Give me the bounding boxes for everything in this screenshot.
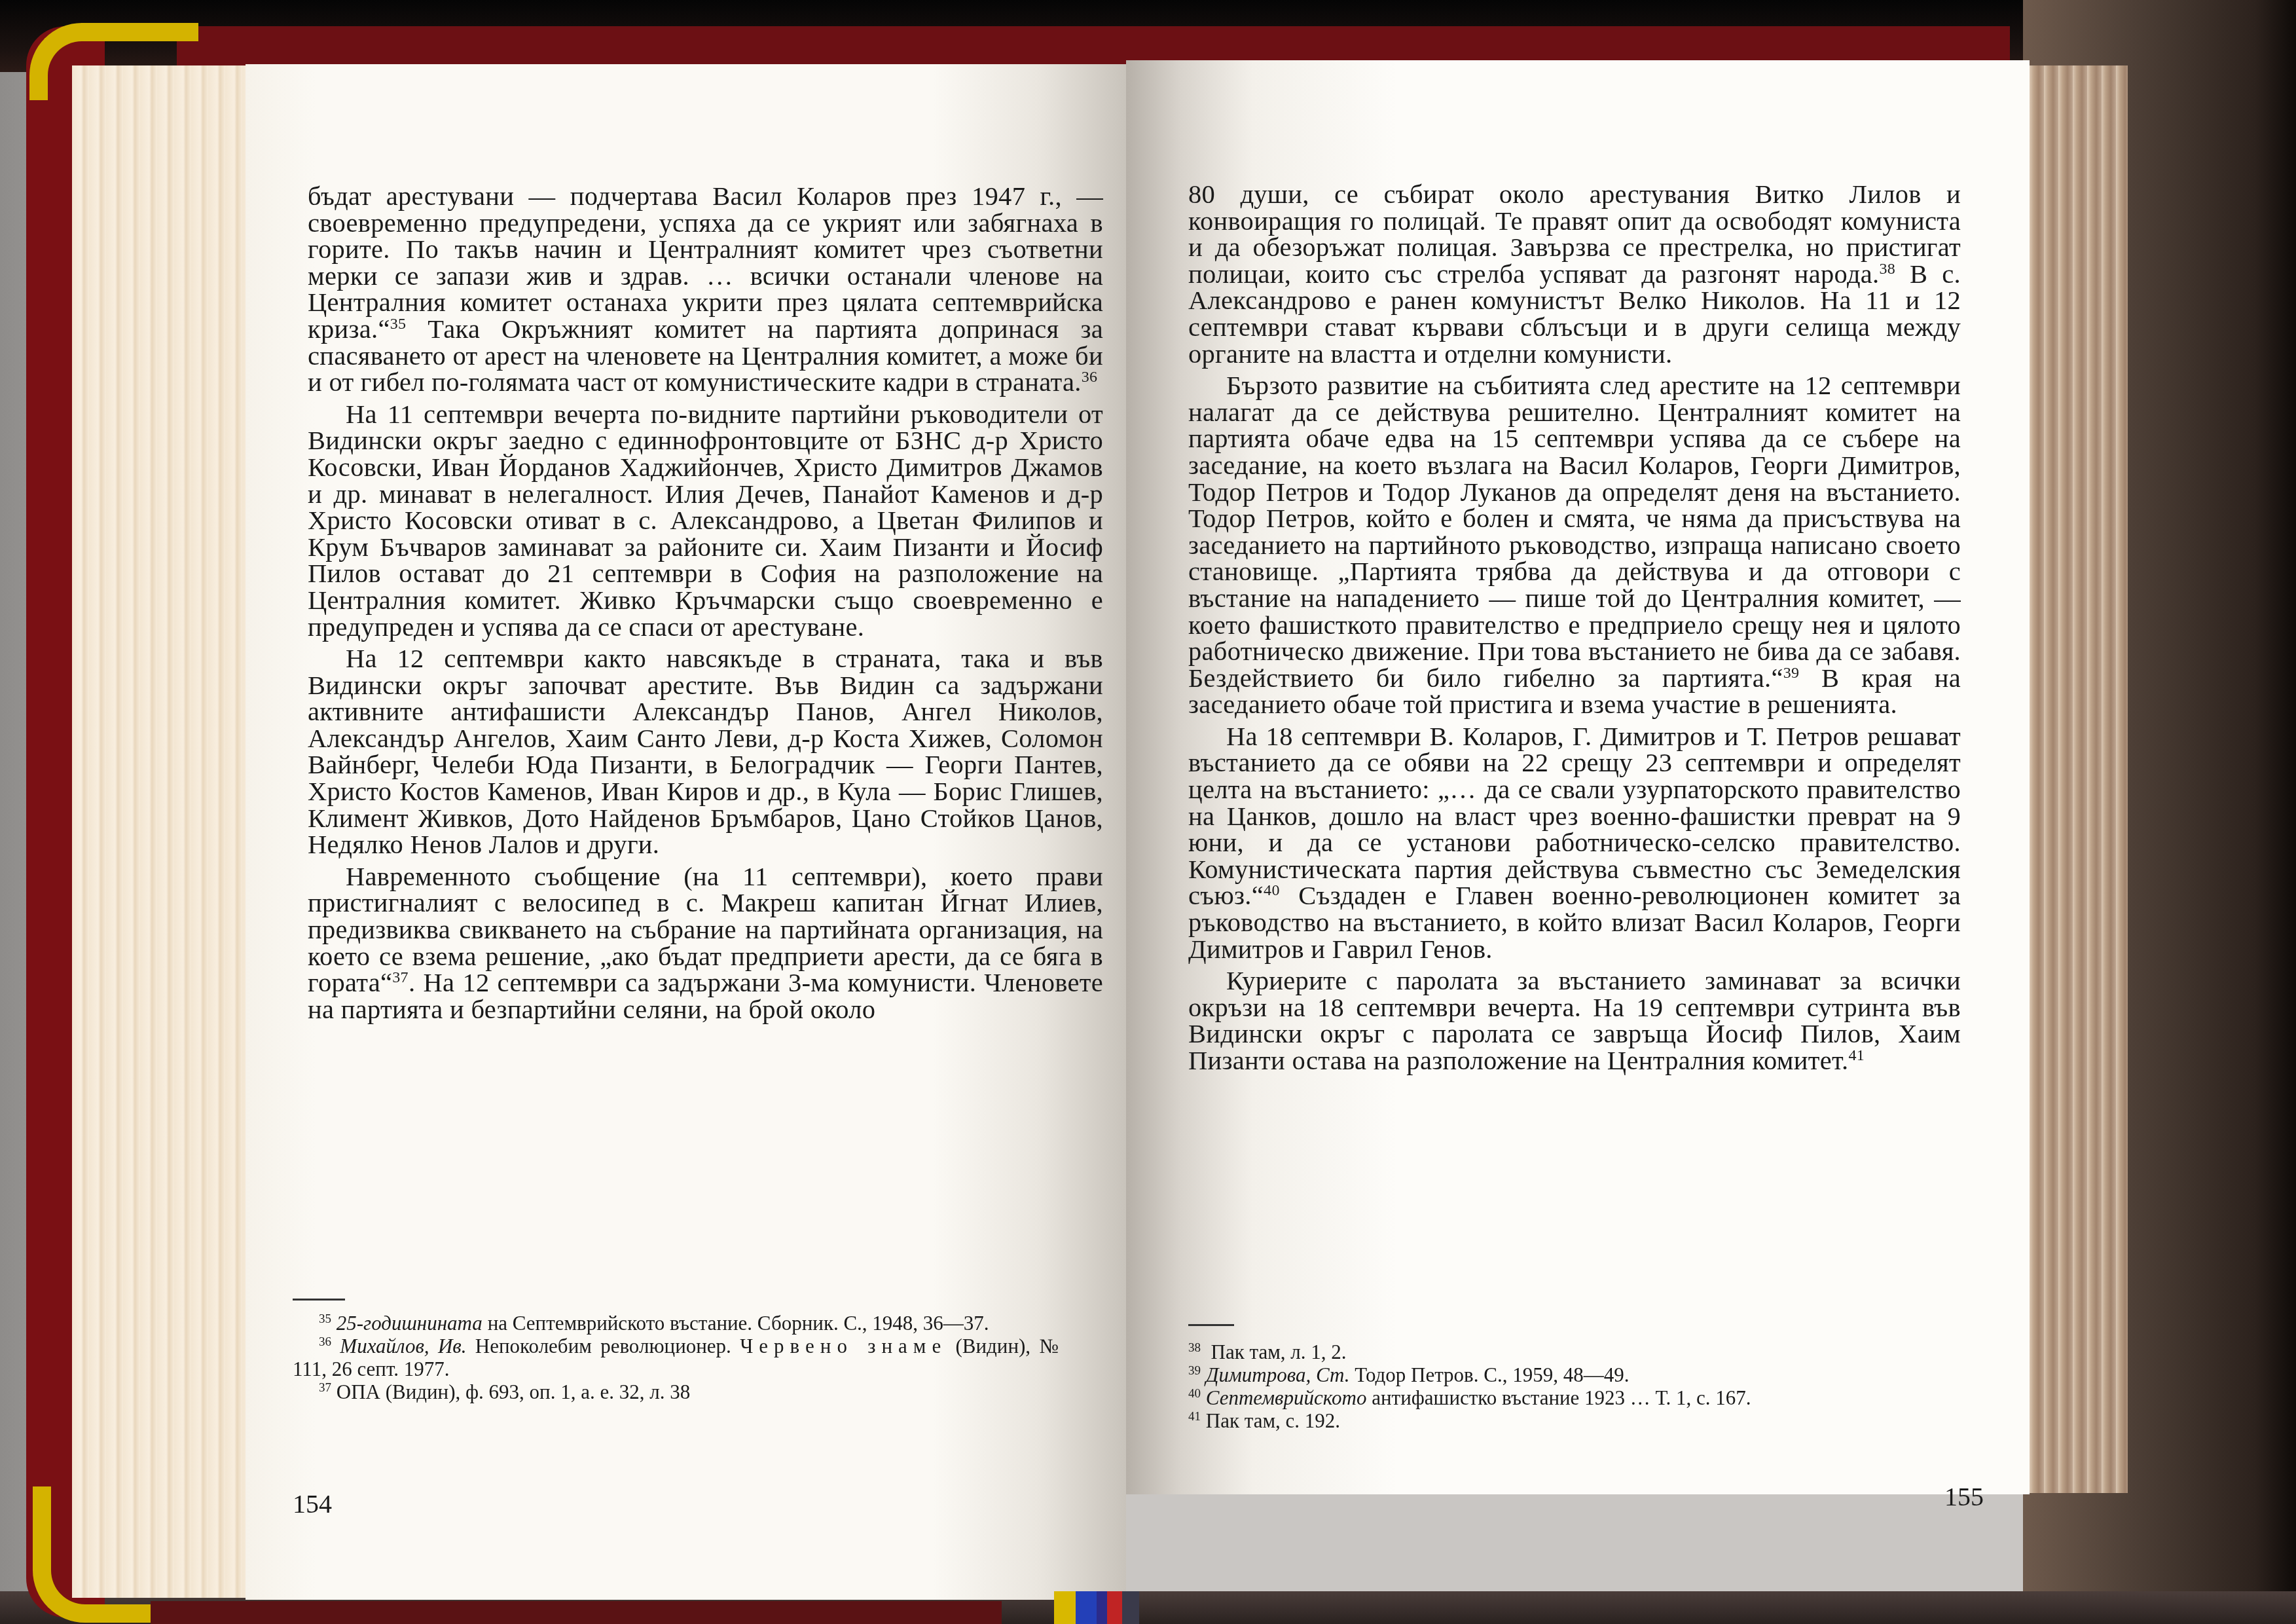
footnote-ref[interactable]: 41 [1848, 1047, 1865, 1064]
page-number: 154 [293, 1488, 332, 1519]
paragraph: На 18 септември В. Коларов, Г. Димитров … [1188, 724, 1961, 963]
footnote-ref[interactable]: 37 [392, 969, 409, 986]
paragraph: бъдат арестувани — подчертава Васил Кола… [308, 183, 1103, 396]
left-page: бъдат арестувани — подчертава Васил Кола… [246, 64, 1126, 1600]
footnote-ref[interactable]: 39 [1783, 664, 1800, 681]
right-page: 80 души, се събират около арестувания Ви… [1126, 60, 2030, 1494]
footnote-35: 35 25-годишнината на Септемврийското въс… [293, 1312, 1059, 1335]
footnote-39: 39 Димитрова, Ст. Тодор Петров. С., 1959… [1188, 1363, 1948, 1386]
paragraph: Бързото развитие на събитията след арест… [1188, 373, 1961, 718]
bookmark-ribbons [1054, 1591, 1139, 1624]
book-cover-bottom-edge [151, 1601, 1002, 1624]
footnote-separator [1188, 1324, 1234, 1326]
footnote-41: 41 Пак там, с. 192. [1188, 1409, 1948, 1432]
footnote-38: 38 Пак там, л. 1, 2. [1188, 1340, 1948, 1363]
footnote-40: 40 Септемврийското антифашистко въстание… [1188, 1386, 1948, 1409]
right-body-text: 80 души, се събират около арестувания Ви… [1188, 181, 1961, 1075]
footnote-ref[interactable]: 40 [1264, 882, 1280, 899]
paragraph: На 12 септември както навсякъде в страна… [308, 646, 1103, 858]
page-stack-right [2030, 65, 2128, 1493]
left-body-text: бъдат арестувани — подчертава Васил Кола… [308, 183, 1103, 1023]
footnote-separator [293, 1299, 345, 1301]
page-number: 155 [1944, 1481, 1984, 1512]
footnote-ref[interactable]: 38 [1880, 260, 1896, 277]
paragraph: 80 души, се събират около арестувания Ви… [1188, 181, 1961, 367]
page-stack-left [72, 65, 249, 1598]
book-cover-top-edge [177, 26, 2010, 65]
left-footnotes: 35 25-годишнината на Септемврийското въс… [293, 1312, 1059, 1403]
right-footnotes: 38 Пак там, л. 1, 2. 39 Димитрова, Ст. Т… [1188, 1340, 1948, 1432]
footnote-ref[interactable]: 36 [1082, 369, 1098, 386]
footnote-37: 37 ОПА (Видин), ф. 693, оп. 1, а. е. 32,… [293, 1380, 1059, 1403]
footnote-36: 36 Михайлов, Ив. Непоколебим революционе… [293, 1335, 1059, 1380]
footnote-ref[interactable]: 35 [390, 315, 407, 332]
paragraph: Навременното съобщение (на 11 септември)… [308, 864, 1103, 1024]
paragraph: Куриерите с паролата за въстанието замин… [1188, 968, 1961, 1074]
paragraph: На 11 септември вечерта по-видните парти… [308, 401, 1103, 640]
